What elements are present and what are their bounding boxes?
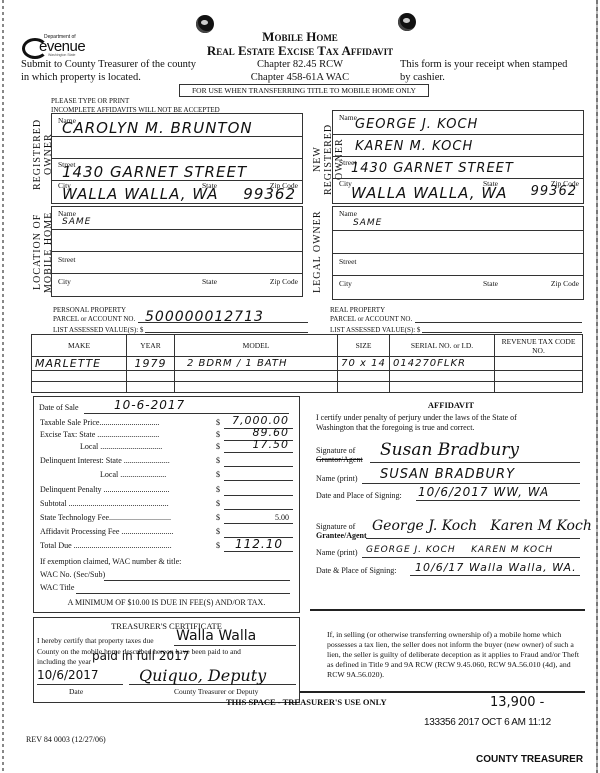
treasurer-title: TREASURER'S CERTIFICATE xyxy=(34,621,299,631)
fee-row-delinquent-local[interactable]: Local .......................$ xyxy=(40,470,293,482)
fee-label: Local ....................... xyxy=(40,470,166,479)
treasurer-date-value: 10/6/2017 xyxy=(37,668,99,682)
grantee-signature-line[interactable] xyxy=(366,538,580,539)
personal-parcel-block: PERSONAL PROPERTY PARCEL or ACCOUNT NO. … xyxy=(53,306,143,335)
dollar-sign: $ xyxy=(216,485,220,494)
grantor-sig-label-2: Grantor/Agent xyxy=(316,455,363,464)
street-row[interactable]: Street xyxy=(52,251,302,274)
state-label: State xyxy=(202,277,217,286)
grantor-date-line[interactable] xyxy=(416,500,580,501)
name-row-2[interactable] xyxy=(52,136,302,159)
city-row[interactable]: City State Zip Code WALLA WALLA, WA 9936… xyxy=(52,180,302,202)
serial-cell[interactable]: 014270FLKR xyxy=(390,357,495,371)
fee-label: Total Due ..............................… xyxy=(40,541,172,550)
city-label: City xyxy=(339,179,352,188)
minimum-notice: A MINIMUM OF $10.00 IS DUE IN FEE(S) AND… xyxy=(34,598,299,607)
col-revenue-code: REVENUE TAX CODE NO. xyxy=(495,335,583,357)
fee-line xyxy=(224,452,293,453)
treasurer-use-label: THIS SPACE - TREASURER'S USE ONLY xyxy=(226,697,387,707)
usage-notice: FOR USE WHEN TRANSFERRING TITLE TO MOBIL… xyxy=(179,84,429,97)
make-cell[interactable]: MARLETTE xyxy=(32,357,127,371)
personal-assessed-line[interactable] xyxy=(145,332,308,333)
revenue-logo: Department of evenue Washington State xyxy=(22,34,102,60)
grantor-sig-label: Signature of Grantor/Agent xyxy=(316,446,363,464)
zip-label: Zip Code xyxy=(270,277,298,286)
dollar-sign: $ xyxy=(216,470,220,479)
city-label: City xyxy=(339,279,352,288)
grantee-name-label: Name (print) xyxy=(316,548,358,557)
real-label-1: REAL PROPERTY xyxy=(330,306,420,315)
receipt-line-2: by cashier. xyxy=(400,72,567,85)
fee-line xyxy=(224,551,293,552)
zip-label: Zip Code xyxy=(551,279,579,288)
affidavit-section: AFFIDAVIT I certify under penalty of per… xyxy=(316,400,586,433)
col-model: MODEL xyxy=(175,335,338,357)
date-of-sale-label: Date of Sale xyxy=(39,403,79,412)
fee-row-delinquent-state[interactable]: Delinquent Interest: State .............… xyxy=(40,456,293,468)
grantor-signature-line[interactable] xyxy=(370,462,580,463)
new-registered-owner-label: NEW REGISTERED OWNER xyxy=(312,113,334,205)
dollar-sign: $ xyxy=(216,456,220,465)
grantee-date-label: Date & Place of Signing: xyxy=(316,566,396,575)
name-row[interactable]: Name SAME xyxy=(333,207,583,231)
real-parcel-block: REAL PROPERTY PARCEL or ACCOUNT NO. LIST… xyxy=(330,306,420,335)
real-parcel-line[interactable] xyxy=(415,322,582,323)
fee-row-excise-local[interactable]: Local ...............................$17… xyxy=(40,442,293,454)
revenue-code-cell[interactable] xyxy=(495,357,583,371)
new-owner-street: 1430 GARNET STREET xyxy=(351,161,514,176)
fee-row-delinquent-penalty[interactable]: Delinquent Penalty .....................… xyxy=(40,485,293,497)
legal-owner-name: SAME xyxy=(353,218,382,228)
table-row: MARLETTE 1979 2 BDRM / 1 BATH 70 x 14 01… xyxy=(32,357,583,371)
grantor-sig-label-1: Signature of xyxy=(316,446,363,455)
treasurer-certificate-box: TREASURER'S CERTIFICATE I hereby certify… xyxy=(33,617,300,703)
grantor-signature: Susan Bradbury xyxy=(380,440,519,460)
col-year: YEAR xyxy=(127,335,175,357)
fee-label: Local ............................... xyxy=(40,442,162,451)
wac-title-label: WAC Title xyxy=(40,583,74,592)
fee-label: State Technology Fee....................… xyxy=(40,513,171,522)
lien-notice: If, in selling (or otherwise transferrin… xyxy=(327,630,582,680)
street-label: Street xyxy=(339,257,357,266)
serial-cell[interactable] xyxy=(390,371,495,382)
dollar-sign: $ xyxy=(216,430,220,439)
personal-parcel-value: 500000012713 xyxy=(145,309,264,325)
revenue-code-cell[interactable] xyxy=(495,371,583,382)
legal-owner-box: Name SAME Street City State Zip Code xyxy=(332,206,584,300)
grantor-date-place: 10/6/2017 WW, WA xyxy=(418,485,549,499)
chapter-rcw: Chapter 82.45 RCW xyxy=(220,59,380,72)
revenue-code-cell[interactable] xyxy=(495,382,583,393)
chapter-refs: Chapter 82.45 RCW Chapter 458-61A WAC xyxy=(220,59,380,84)
fees-box: Date of Sale 10-6-2017 Taxable Sale Pric… xyxy=(33,396,300,613)
name-row-2[interactable]: KAREN M. KOCH xyxy=(333,134,583,157)
stamp-footer: COUNTY TREASURER xyxy=(476,754,583,765)
model-cell[interactable] xyxy=(175,371,338,382)
state-label: State xyxy=(483,279,498,288)
fee-value: 5.00 xyxy=(275,513,289,522)
treasurer-sig-label: County Treasurer or Deputy xyxy=(174,687,258,696)
fee-row-technology-fee[interactable]: State Technology Fee....................… xyxy=(40,513,293,525)
street-label: Street xyxy=(58,255,76,264)
fee-label: Delinquent Interest: State .............… xyxy=(40,456,170,465)
grantor-name: SUSAN BRADBURY xyxy=(380,467,515,482)
registered-owner-city-state: WALLA WALLA, WA xyxy=(62,185,219,203)
treasurer-use-divider xyxy=(300,691,585,693)
model-cell[interactable] xyxy=(175,382,338,393)
name-row[interactable]: Name GEORGE J. KOCH xyxy=(333,111,583,135)
cashier-stamp: 133356 2017 OCT 6 AM 11:12 xyxy=(424,717,551,728)
fee-row-subtotal[interactable]: Subtotal ...............................… xyxy=(40,499,293,511)
new-owner-name: GEORGE J. KOCH xyxy=(355,117,478,132)
grantee-sig-label-2: Grantee/Agent xyxy=(316,531,367,540)
submit-instructions: Submit to County Treasurer of the county… xyxy=(21,59,196,84)
personal-label-2: PARCEL or ACCOUNT NO. xyxy=(53,315,143,324)
grantee-sig-label: Signature of Grantee/Agent xyxy=(316,522,367,540)
real-label-2: PARCEL or ACCOUNT NO. xyxy=(330,315,420,324)
treasurer-line1: I hereby certify that property taxes due xyxy=(37,636,154,645)
grantee-date-place: 10/6/17 Walla Walla, WA. xyxy=(415,561,577,574)
wac-no-input[interactable] xyxy=(104,580,290,581)
city-row[interactable]: City State Zip Code WALLA WALLA, WA 9936… xyxy=(333,178,583,202)
treasurer-year-value: paid in full 2017 xyxy=(92,649,189,663)
city-row[interactable]: City State Zip Code xyxy=(333,275,583,297)
treasurer-signature: Quiquo, Deputy xyxy=(139,666,266,685)
scan-edge-left xyxy=(2,0,4,773)
size-cell[interactable]: 70 x 14 xyxy=(338,357,390,371)
fee-line xyxy=(224,523,293,524)
receipt-note: This form is your receipt when stamped b… xyxy=(400,59,567,84)
registered-owner-street: 1430 GARNET STREET xyxy=(62,163,247,181)
street-row[interactable]: Street 1430 GARNET STREET xyxy=(52,158,302,181)
treasurer-county: Walla Walla xyxy=(176,628,256,644)
treasurer-date-line[interactable] xyxy=(37,684,123,685)
fee-line xyxy=(224,466,293,467)
form-revision: REV 84 0003 (12/27/06) xyxy=(26,735,106,744)
dollar-sign: $ xyxy=(216,541,220,550)
street-row[interactable]: Street 1430 GARNET STREET xyxy=(333,156,583,179)
grantee-name: GEORGE J. KOCH KAREN M KOCH xyxy=(366,545,553,555)
receipt-line-1: This form is your receipt when stamped xyxy=(400,59,567,72)
instr-line-1: PLEASE TYPE OR PRINT xyxy=(51,97,220,106)
fee-line xyxy=(224,509,293,510)
registered-owner-box: Name CAROLYN M. BRUNTON Street 1430 GARN… xyxy=(51,113,303,204)
name-row[interactable]: Name SAME xyxy=(52,207,302,230)
city-row[interactable]: City State Zip Code xyxy=(52,273,302,295)
date-of-sale-value: 10-6-2017 xyxy=(114,398,185,412)
registered-owner-zip: 99362 xyxy=(243,185,296,203)
name-row-2[interactable] xyxy=(333,230,583,254)
dollar-sign: $ xyxy=(216,442,220,451)
grantee-date-line[interactable] xyxy=(410,575,580,576)
submit-line-2: in which property is located. xyxy=(21,72,196,85)
dollar-sign: $ xyxy=(216,499,220,508)
name-row-2[interactable] xyxy=(52,229,302,252)
scan-edge-right xyxy=(596,0,598,773)
fee-line xyxy=(224,495,293,496)
fee-label: Affidavit Processing Fee ...............… xyxy=(40,527,173,536)
make-cell[interactable] xyxy=(32,382,127,393)
year-cell[interactable]: 1979 xyxy=(127,357,175,371)
col-serial: SERIAL NO. or I.D. xyxy=(390,335,495,357)
table-row xyxy=(32,382,583,393)
new-owner-zip: 99362 xyxy=(531,184,577,199)
fee-line xyxy=(224,480,293,481)
fee-label: Taxable Sale Price......................… xyxy=(40,418,159,427)
affidavit-certify: I certify under penalty of perjury under… xyxy=(316,413,586,433)
new-owner-name-2: KAREN M. KOCH xyxy=(355,139,473,154)
punch-hole-icon xyxy=(398,13,416,31)
city-label: City xyxy=(58,277,71,286)
location-box: Name SAME Street City State Zip Code xyxy=(51,206,303,297)
vehicle-table: MAKE YEAR MODEL SIZE SERIAL NO. or I.D. … xyxy=(31,334,583,391)
affidavit-title: AFFIDAVIT xyxy=(316,400,586,410)
legal-owner-label: LEGAL OWNER xyxy=(312,206,334,298)
treasurer-line3: including the year xyxy=(37,657,91,666)
location-name: SAME xyxy=(62,217,91,227)
fee-value: 112.10 xyxy=(235,537,283,551)
col-size: SIZE xyxy=(338,335,390,357)
grantor-name-line[interactable] xyxy=(362,483,580,484)
county-line[interactable] xyxy=(174,645,296,646)
personal-label-1: PERSONAL PROPERTY xyxy=(53,306,143,315)
form-subtitle: Real Estate Excise Tax Affidavit xyxy=(190,43,410,59)
grantee-sig-label-1: Signature of xyxy=(316,522,367,531)
treasurer-amount: 13,900 - xyxy=(490,695,544,710)
grantor-date-label: Date and Place of Signing: xyxy=(316,491,402,500)
registered-owner-name: CAROLYN M. BRUNTON xyxy=(62,119,253,137)
grantor-name-label: Name (print) xyxy=(316,474,358,483)
name-row[interactable]: Name CAROLYN M. BRUNTON xyxy=(52,114,302,137)
affidavit-divider xyxy=(310,609,585,611)
year-cell[interactable] xyxy=(127,382,175,393)
real-assessed-line[interactable] xyxy=(422,332,582,333)
make-cell[interactable] xyxy=(32,371,127,382)
fee-value: 17.50 xyxy=(253,438,290,451)
grantee-name-line[interactable] xyxy=(362,557,580,558)
agency-sub: Washington State xyxy=(48,53,76,57)
treasurer-date-label: Date xyxy=(69,687,83,696)
dollar-sign: $ xyxy=(216,527,220,536)
wac-no-label: WAC No. (Sec/Sub) xyxy=(40,570,105,579)
street-row[interactable]: Street xyxy=(333,253,583,276)
dollar-sign: $ xyxy=(216,418,220,427)
serial-cell[interactable] xyxy=(390,382,495,393)
vehicle-table-header: MAKE YEAR MODEL SIZE SERIAL NO. or I.D. … xyxy=(32,335,583,357)
fee-row-total-due[interactable]: Total Due ..............................… xyxy=(40,541,293,553)
col-make: MAKE xyxy=(32,335,127,357)
new-registered-owner-box: Name GEORGE J. KOCH KAREN M. KOCH Street… xyxy=(332,110,584,204)
submit-line-1: Submit to County Treasurer of the county xyxy=(21,59,196,72)
fee-label: Subtotal ...............................… xyxy=(40,499,169,508)
fee-label: Delinquent Penalty .....................… xyxy=(40,485,170,494)
wac-title-input[interactable] xyxy=(76,593,290,594)
model-cell[interactable]: 2 BDRM / 1 BATH xyxy=(175,357,338,371)
name-label: Name xyxy=(339,209,357,218)
chapter-wac: Chapter 458-61A WAC xyxy=(220,72,380,85)
fee-label: Excise Tax: State ......................… xyxy=(40,430,159,439)
size-cell[interactable] xyxy=(338,382,390,393)
dollar-sign: $ xyxy=(216,513,220,522)
grantee-signature: George J. Koch Karen M Koch xyxy=(372,518,592,534)
year-cell[interactable] xyxy=(127,371,175,382)
table-row xyxy=(32,371,583,382)
new-owner-city-state: WALLA WALLA, WA xyxy=(351,184,508,202)
exemption-label: If exemption claimed, WAC number & title… xyxy=(40,557,181,566)
size-cell[interactable] xyxy=(338,371,390,382)
